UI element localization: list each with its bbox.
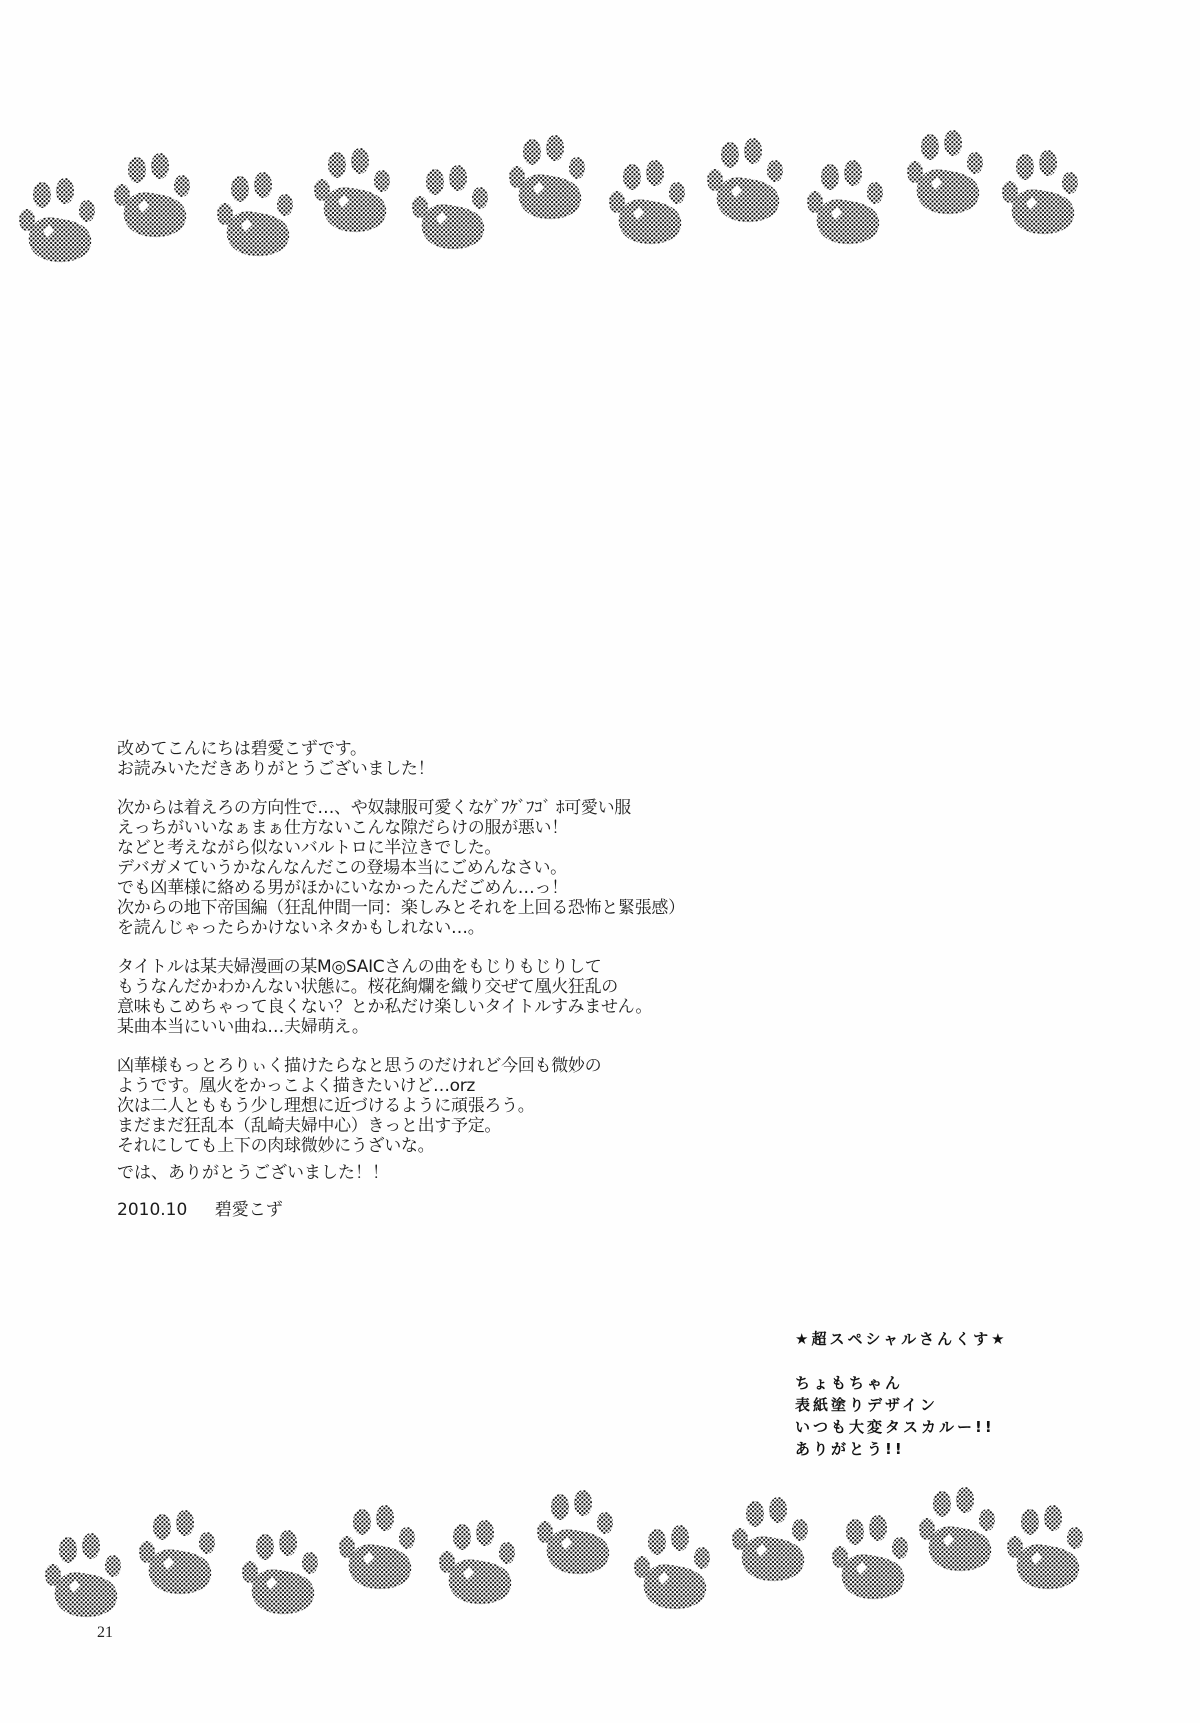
text-line: 次からは着えろの方向性で…、や奴隷服可愛くなｹﾞﾌｹﾞﾌｺﾞ ﾎ可愛い服 (117, 798, 817, 818)
text-line: お読みいただきありがとうございました！ (117, 759, 817, 779)
paw-print-icon (632, 1525, 716, 1611)
afterword-paragraph-greeting: 改めてこんにちは碧愛こずです。 お読みいただきありがとうございました！ (117, 739, 817, 779)
text-line: でも凶華様に絡める男がほかにいなかったんだごめん…っ！ (117, 878, 817, 898)
text-line: 某曲本当にいい曲ね…夫婦萌え。 (117, 1017, 817, 1037)
text-line: それにしても上下の肉球微妙にうざいな。 (117, 1136, 817, 1156)
paw-print-icon (137, 1510, 221, 1596)
paw-print-icon (112, 153, 196, 239)
text-line: 次からの地下帝国編（狂乱仲間一同：楽しみとそれを上回る恐怖と緊張感） (117, 898, 817, 918)
special-thanks: ★超スペシャルさんくす★ ちょもちゃん 表紙塗りデザイン いつも大変タスカルー!… (795, 1328, 1008, 1460)
signature-author: 碧愛こず (215, 1200, 283, 1220)
paw-print-icon (830, 1515, 914, 1601)
text-line: 改めてこんにちは碧愛こずです。 (117, 739, 817, 759)
text-line: 意味もこめちゃって良くない？とか私だけ楽しいタイトルすみません。 (117, 997, 817, 1017)
text-line: まだまだ狂乱本（乱崎夫婦中心）きっと出す予定。 (117, 1116, 817, 1136)
paw-print-icon (730, 1497, 814, 1583)
afterword-text: 改めてこんにちは碧愛こずです。 お読みいただきありがとうございました！ 次からは… (117, 739, 817, 1175)
paw-print-icon (43, 1533, 127, 1619)
paw-print-icon (507, 135, 591, 221)
text-line: もうなんだかわかんない状態に。桜花絢爛を織り交ぜて凰火狂乱の (117, 977, 817, 997)
paw-print-icon (905, 130, 989, 216)
paw-print-icon (805, 160, 889, 246)
afterword-paragraph-costume: 次からは着えろの方向性で…、や奴隷服可愛くなｹﾞﾌｹﾞﾌｺﾞ ﾎ可愛い服 えっち… (117, 798, 817, 938)
signoff-text: では、ありがとうございました！！ (117, 1163, 389, 1183)
text-line: 凶華様もっとろりぃく描けたらなと思うのだけれど今回も微妙の (117, 1056, 817, 1076)
thanks-line: ありがとう!! (795, 1438, 1008, 1460)
text-line: などと考えながら似ないバルトロに半泣きでした。 (117, 838, 817, 858)
afterword-paragraph-next: 凶華様もっとろりぃく描けたらなと思うのだけれど今回も微妙の ようです。凰火をかっ… (117, 1056, 817, 1156)
paw-print-icon (17, 178, 101, 264)
paw-print-icon (535, 1490, 619, 1576)
paw-print-icon (607, 160, 691, 246)
paw-print-icon (215, 172, 299, 258)
page-number: 21 (97, 1624, 113, 1642)
thanks-line: 表紙塗りデザイン (795, 1394, 1008, 1416)
paw-print-icon (240, 1530, 324, 1616)
paw-print-icon (312, 148, 396, 234)
comic-afterword-page: 改めてこんにちは碧愛こずです。 お読みいただきありがとうございました！ 次からは… (0, 0, 1200, 1723)
paw-print-icon (337, 1505, 421, 1591)
signature: 2010.10 碧愛こず (117, 1200, 283, 1220)
paw-print-icon (917, 1487, 1001, 1573)
text-line: デバガメていうかなんなんだこの登場本当にごめんなさい。 (117, 858, 817, 878)
text-line: 次は二人とももう少し理想に近づけるように頑張ろう。 (117, 1096, 817, 1116)
text-line: を読んじゃったらかけないネタかもしれない…。 (117, 918, 817, 938)
text-line: ようです。凰火をかっこよく描きたいけど…orz (117, 1076, 817, 1096)
paw-print-icon (705, 138, 789, 224)
signature-date: 2010.10 (117, 1200, 187, 1220)
special-thanks-heading: ★超スペシャルさんくす★ (795, 1328, 1008, 1350)
paw-print-icon (1005, 1505, 1089, 1591)
paw-print-icon (410, 165, 494, 251)
text-line: タイトルは某夫婦漫画の某M◎SAICさんの曲をもじりもじりして (117, 957, 817, 977)
paw-print-icon (437, 1520, 521, 1606)
text-line: えっちがいいなぁまぁ仕方ないこんな隙だらけの服が悪い！ (117, 818, 817, 838)
thanks-line: いつも大変タスカルー!! (795, 1416, 1008, 1438)
afterword-paragraph-title: タイトルは某夫婦漫画の某M◎SAICさんの曲をもじりもじりして もうなんだかわか… (117, 957, 817, 1037)
thanks-line: ちょもちゃん (795, 1372, 1008, 1394)
paw-print-icon (1000, 150, 1084, 236)
